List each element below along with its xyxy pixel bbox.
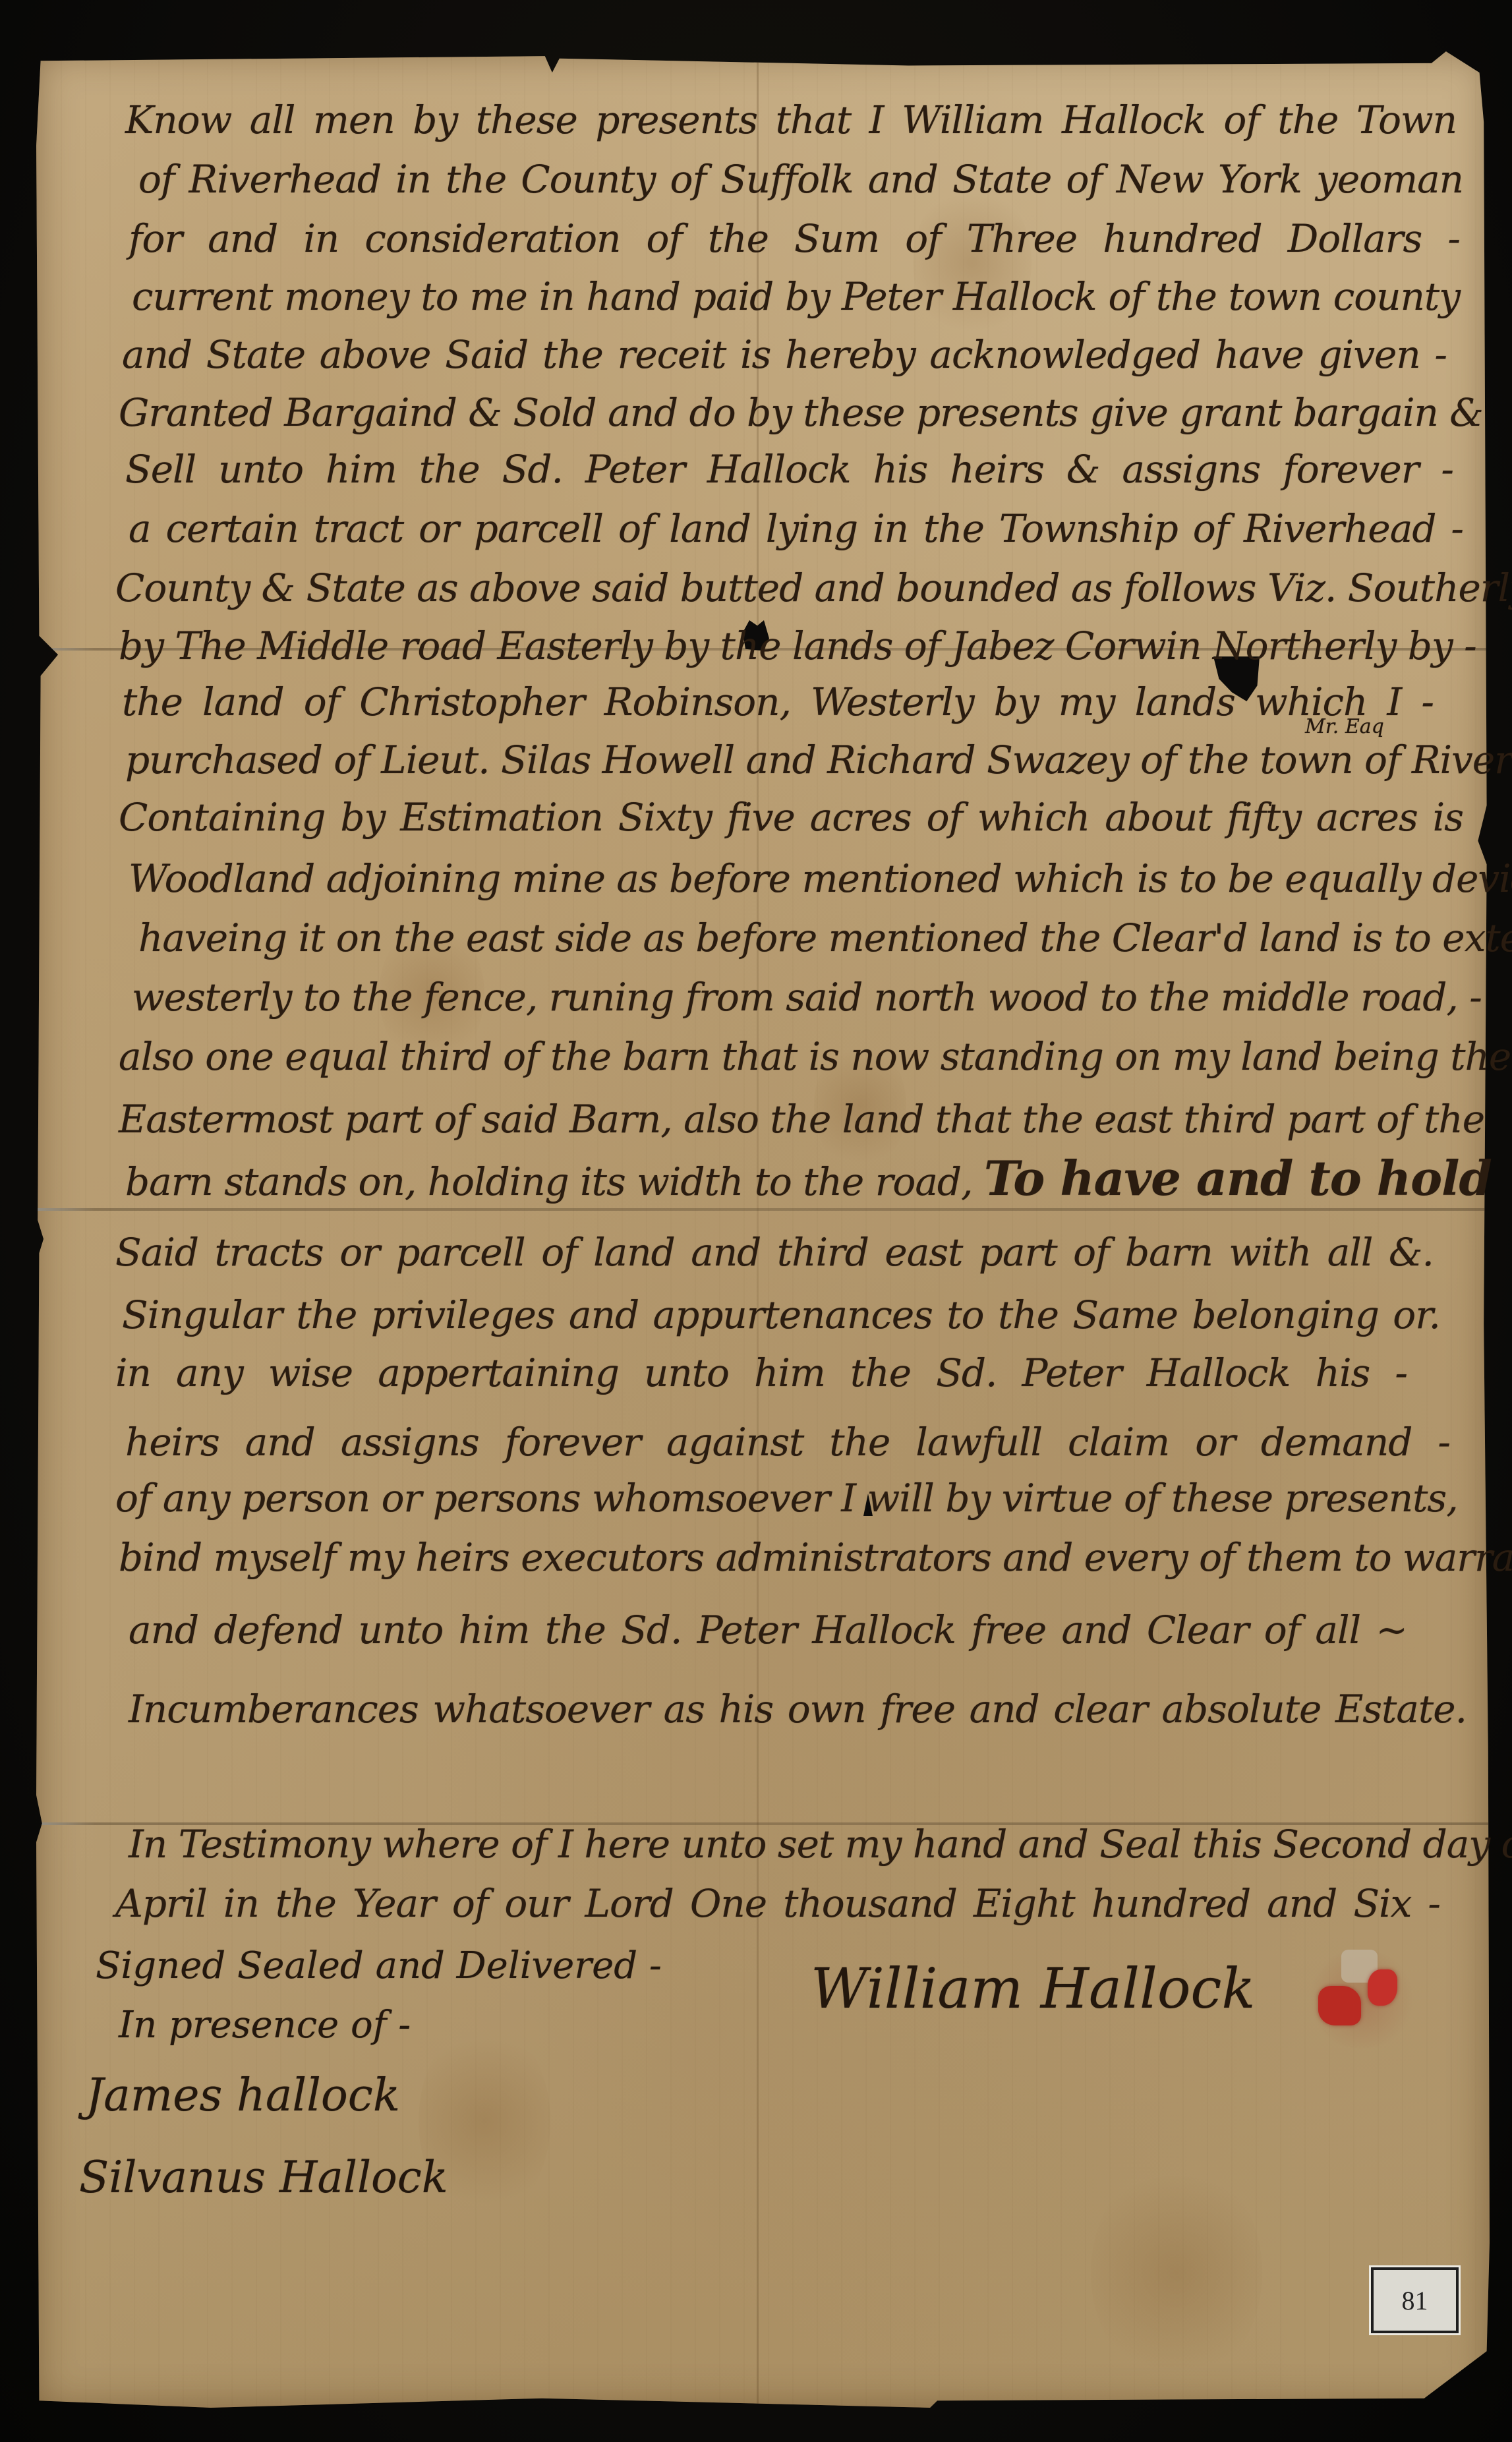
deed-line: purchased of Lieut. Silas Howell and Ric…	[125, 734, 1460, 786]
deed-line: westerly to the fence, runing from said …	[132, 971, 1453, 1024]
deed-line: the land of Christopher Robinson, Wester…	[122, 676, 1434, 728]
deed-line: of Riverhead in the County of Suffolk an…	[138, 153, 1463, 206]
deed-line: by The Middle road Easterly by the lands…	[119, 620, 1463, 672]
witness-signature-2: Silvanus Hallock	[79, 2152, 448, 2203]
deed-line: Granted Bargaind & Sold and do by these …	[119, 386, 1460, 439]
deed-line: current money to me in hand paid by Pete…	[132, 270, 1460, 323]
deed-line: for and in consideration of the Sum of T…	[129, 212, 1460, 265]
deed-line: In Testimony where of I here unto set my…	[129, 1818, 1420, 1871]
wax-seal	[1318, 1956, 1397, 2022]
deed-line: also one equal third of the barn that is…	[119, 1030, 1453, 1083]
deed-line: Containing by Estimation Sixty five acre…	[119, 791, 1463, 844]
deed-line: in any wise appertaining unto him the Sd…	[115, 1347, 1407, 1399]
deed-line: Eastermost part of said Barn, also the l…	[119, 1093, 1453, 1146]
habendum-phrase: To have and to hold	[984, 1150, 1492, 1206]
deed-line: Said tracts or parcell of land and third…	[115, 1226, 1434, 1279]
deed-line: bind myself my heirs executors administr…	[119, 1531, 1457, 1584]
deed-line: Know all men by these presents that I Wi…	[125, 94, 1457, 146]
deed-line: a certain tract or parcell of land lying…	[129, 502, 1463, 555]
attestation-signed-sealed: Signed Sealed and Delivered -	[96, 1944, 662, 1987]
seal-wax-fragment	[1368, 1969, 1397, 2006]
deed-line: heirs and assigns forever against the la…	[125, 1416, 1450, 1468]
attestation-in-presence: In presence of -	[119, 2004, 411, 2047]
page-number-label: 81	[1371, 2267, 1459, 2333]
deed-line: and State above Said the receit is hereb…	[122, 328, 1447, 381]
deed-line: Woodland adjoining mine as before mentio…	[129, 852, 1463, 905]
deed-line: haveing it on the east side as before me…	[138, 912, 1457, 964]
witness-signature-1: James hallock	[86, 2070, 400, 2122]
marginal-note: Mr. Eaq	[1305, 715, 1384, 738]
deed-line: Incumberances whatsoever as his own free…	[129, 1683, 1467, 1735]
deed-line: County & State as above said butted and …	[115, 562, 1463, 614]
deed-line: April in the Year of our Lord One thousa…	[115, 1877, 1440, 1930]
seal-wax-fragment	[1318, 1986, 1361, 2025]
deed-line-text: barn stands on, holding its width to the…	[125, 1159, 972, 1204]
grantor-signature: William Hallock	[811, 1956, 1255, 2021]
deed-line-habendum: barn stands on, holding its width to the…	[125, 1152, 1463, 1205]
deed-line: Singular the privileges and appurtenance…	[122, 1289, 1440, 1341]
deed-line: of any person or persons whomsoever I wi…	[115, 1472, 1457, 1525]
deed-line: Sell unto him the Sd. Peter Hallock his …	[125, 443, 1453, 496]
deed-line: and defend unto him the Sd. Peter Halloc…	[129, 1604, 1407, 1656]
